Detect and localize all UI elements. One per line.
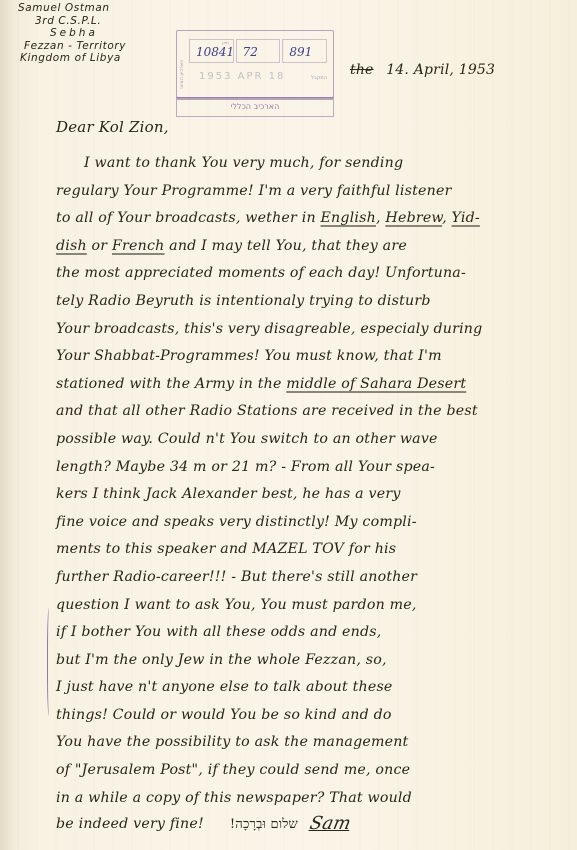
line-text: , — [376, 210, 385, 226]
letter-line: of "Jerusalem Post", if they could send … — [56, 757, 556, 785]
letter-line: further Radio-career!!! - But there's st… — [56, 564, 556, 592]
paper-edge-shadow — [0, 0, 14, 850]
underlined-phrase: Yid- — [452, 210, 480, 226]
sender-address: Samuel Ostman 3rd C.S.P.L. Sebha Fezzan … — [18, 2, 126, 65]
letter-line: in a while a copy of this newspaper? Tha… — [56, 785, 556, 813]
date-value: 14. April, 1953 — [386, 62, 495, 78]
sender-unit: 3rd C.S.P.L. — [18, 15, 126, 28]
underlined-phrase: middle of Sahara Desert — [286, 376, 466, 392]
line-text: , — [442, 210, 451, 226]
letter-line: tely Radio Beyruth is intentionaly tryin… — [56, 288, 556, 316]
sender-country: Kingdom of Libya — [18, 52, 126, 65]
letter-line: I want to thank You very much, for sendi… — [56, 150, 556, 178]
letter-line: and that all other Radio Stations are re… — [56, 398, 556, 426]
letter-line: stationed with the Army in the middle of… — [56, 371, 556, 399]
letter-closing: be indeed very fine! שלום וּבְרָכָה! Sam — [56, 813, 351, 834]
letter-line: dish or French and I may tell You, that … — [56, 233, 556, 261]
letter-line: things! Could or would You be so kind an… — [56, 702, 556, 730]
letter-line: if I bother You with all these odds and … — [56, 619, 556, 647]
stamp-field: 72 — [236, 39, 281, 63]
line-text: or — [87, 238, 112, 254]
signature: Sam — [308, 813, 353, 834]
letter-line: regulary Your Programme! I'm a very fait… — [56, 178, 556, 206]
letter-line: kers I think Jack Alexander best, he has… — [56, 481, 556, 509]
underlined-phrase: English — [321, 210, 376, 226]
margin-bracket-mark — [47, 608, 52, 716]
sender-town: Sebha — [18, 27, 126, 40]
stamp-field-value: 72 — [243, 45, 258, 59]
letter-line: You have the possibility to ask the mana… — [56, 729, 556, 757]
letter-date: the 14. April, 1953 — [350, 62, 495, 78]
letter-line: fine voice and speaks very distinctly! M… — [56, 509, 556, 537]
stamp-received-label: התקבל — [311, 75, 327, 81]
stamp-archive-label: הארכיב הכללי — [176, 97, 334, 117]
sender-territory: Fezzan - Territory — [18, 40, 126, 53]
letter-body: I want to thank You very much, for sendi… — [56, 150, 556, 812]
stamp-field: תיק 10841 — [189, 39, 234, 63]
underlined-phrase: Hebrew — [385, 210, 442, 226]
stamp-date: 1953 APR 18 — [199, 71, 285, 82]
stamp-fields: תיק 10841 72 891 — [189, 39, 329, 63]
sender-name: Samuel Ostman — [18, 2, 126, 15]
stamp-side-text: הארכיון הציוני — [179, 37, 187, 89]
letter-line: possible way. Could n't You switch to an… — [56, 426, 556, 454]
letter-line: Your broadcasts, this's very disagreable… — [56, 316, 556, 344]
stamp-field-value: 10841 — [196, 45, 234, 59]
line-text: stationed with the Army in the — [56, 376, 286, 392]
line-text: to all of Your broadcasts, wether in — [56, 210, 321, 226]
underlined-phrase: dish — [56, 238, 87, 254]
letter-line: Your Shabbat-Programmes! You must know, … — [56, 343, 556, 371]
letter-line: to all of Your broadcasts, wether in Eng… — [56, 205, 556, 233]
letter-line: but I'm the only Jew in the whole Fezzan… — [56, 647, 556, 675]
stamp-field-value: 891 — [289, 45, 312, 59]
letter-line: the most appreciated moments of each day… — [56, 260, 556, 288]
hebrew-greeting: שלום וּבְרָכָה! — [230, 816, 298, 832]
letter-line: question I want to ask You, You must par… — [56, 592, 556, 620]
date-prefix-struck: the — [350, 62, 374, 78]
letter-line: length? Maybe 34 m or 21 m? - From all Y… — [56, 454, 556, 482]
stamp-field: 891 — [282, 39, 327, 63]
line-text: and I may tell You, that they are — [164, 238, 406, 254]
underlined-phrase: French — [112, 238, 164, 254]
salutation: Dear Kol Zion, — [56, 118, 169, 136]
letter-line: ments to this speaker and MAZEL TOV for … — [56, 536, 556, 564]
letter-line: I just have n't anyone else to talk abou… — [56, 674, 556, 702]
archive-received-stamp: הארכיון הציוני תיק 10841 72 891 1953 APR… — [176, 30, 334, 98]
closing-sentence: be indeed very fine! — [56, 816, 204, 832]
